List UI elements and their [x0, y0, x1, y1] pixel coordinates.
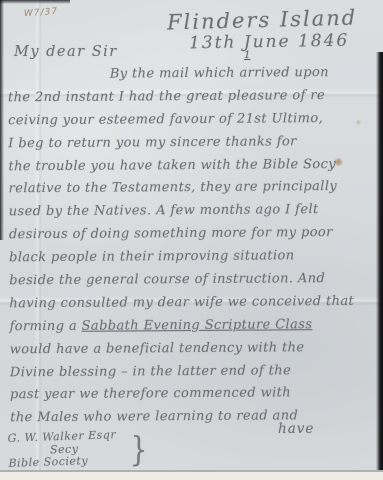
- body-line: beside the general course of instruction…: [9, 268, 375, 293]
- scan-edge-right: [376, 52, 383, 480]
- scan-edge-top: [0, 0, 70, 4]
- body-line: black people in their improving situatio…: [9, 245, 375, 270]
- body-line: By the mail which arrived upon: [8, 62, 374, 87]
- body-line: Divine blessing – in the latter end of t…: [10, 359, 376, 384]
- body-line: ceiving your esteemed favour of 21st Ult…: [8, 108, 374, 133]
- scan-edge-left: [0, 0, 4, 240]
- docket-organization: Bible Society: [8, 454, 117, 470]
- body-line: the Males who were learning to read and: [10, 405, 376, 430]
- body-line: the trouble you have taken with the Bibl…: [8, 153, 374, 178]
- scripture-prefix: forming a: [10, 319, 82, 335]
- letter-scan: W7/37 Flinders Island 13th June 1846 1 M…: [0, 0, 383, 480]
- body-line: the 2nd instant I had the great pleasure…: [8, 85, 374, 110]
- body-line: past year we therefore commenced with: [10, 382, 376, 407]
- letter-body: By the mail which arrived upon the 2nd i…: [8, 62, 377, 431]
- catchword: have: [278, 421, 314, 437]
- salutation: My dear Sir: [14, 44, 118, 60]
- body-line: used by the Natives. A few months ago I …: [9, 199, 375, 224]
- docket: G. W. Walker Esqr Secy Bible Society: [7, 429, 117, 470]
- docket-brace: }: [130, 430, 148, 471]
- body-line: I beg to return you my sincere thanks fo…: [8, 130, 374, 155]
- body-line: desirous of doing something more for my …: [9, 222, 375, 247]
- scan-edge-bottom: [0, 470, 383, 480]
- body-line-scripture: forming a Sabbath Evening Scripture Clas…: [9, 314, 375, 339]
- body-line: relative to the Testaments, they are pri…: [9, 176, 375, 201]
- body-line: would have a beneficial tendency with th…: [10, 336, 376, 361]
- page-number: 1: [244, 50, 250, 61]
- body-line: having consulted my dear wife we conceiv…: [9, 291, 375, 316]
- scripture-underlined-phrase: Sabbath Evening Scripture Class: [82, 317, 313, 334]
- archive-mark: W7/37: [24, 7, 59, 19]
- date-line: 13th June 1846: [189, 31, 350, 54]
